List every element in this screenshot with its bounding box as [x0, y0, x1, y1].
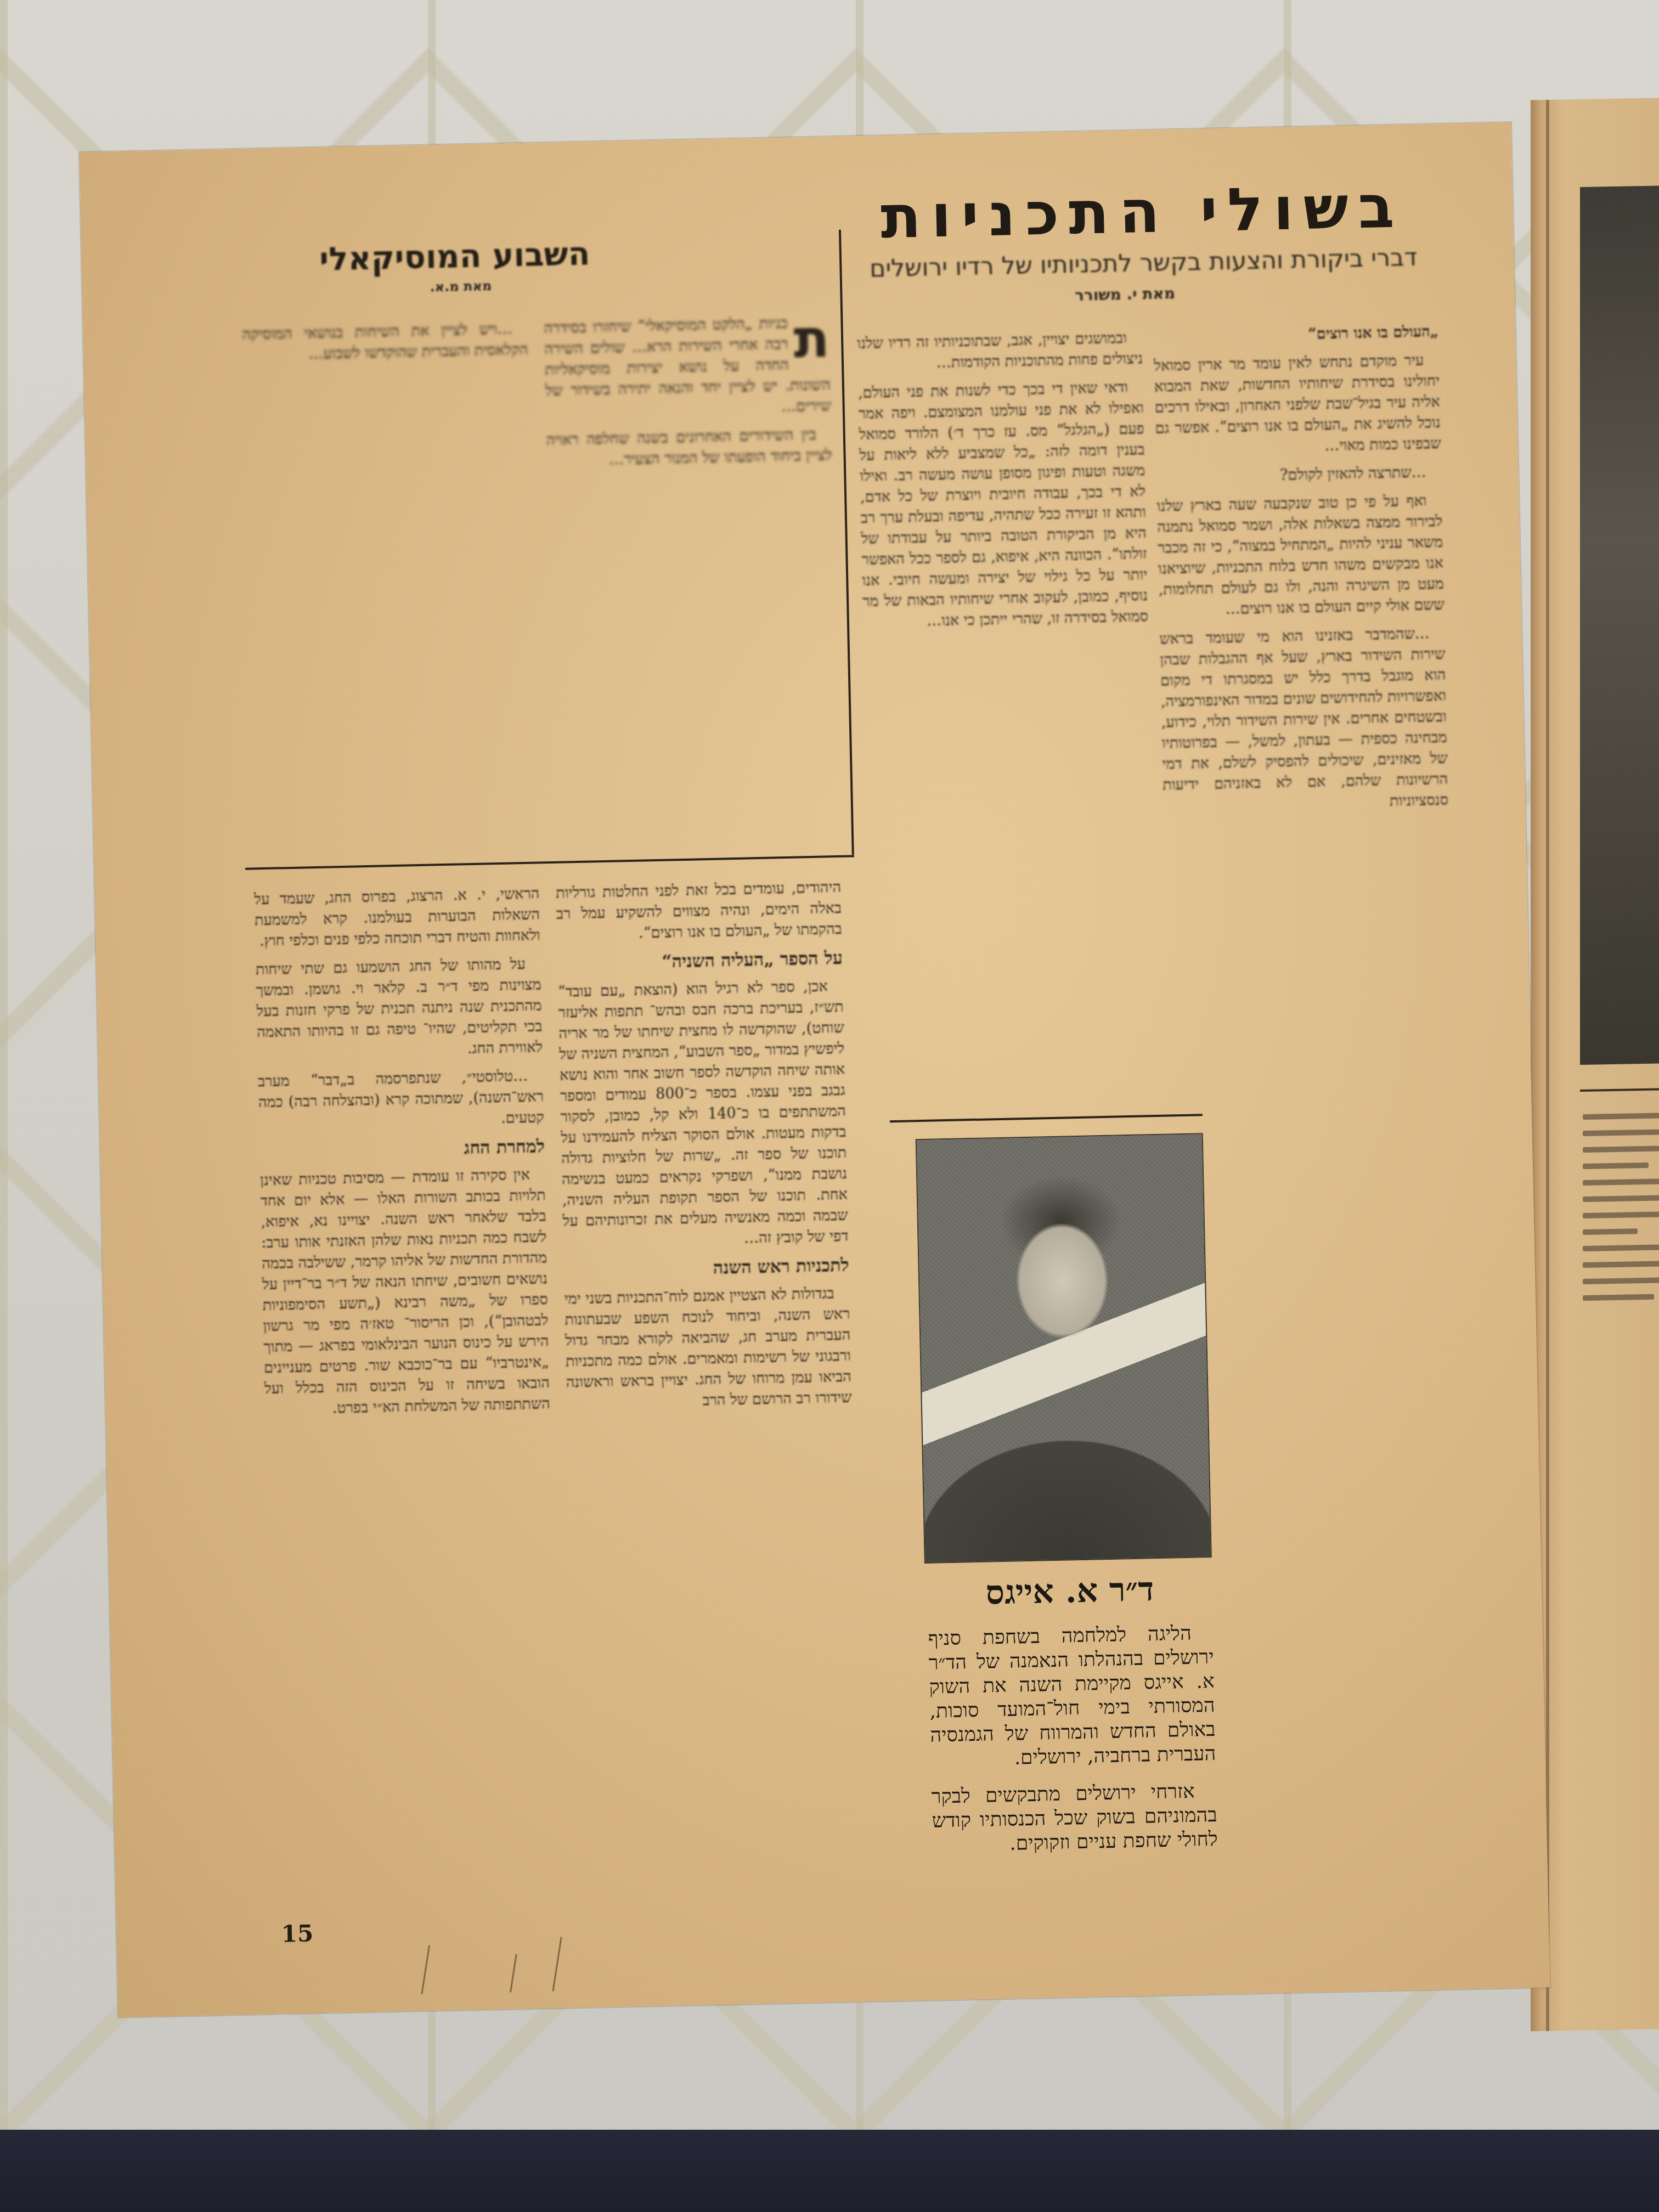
section-heading-aliya: על הספר „העליה השניה“	[557, 947, 843, 974]
section-divider	[245, 855, 854, 870]
page-number: 15	[281, 1920, 313, 1947]
page-fold	[1546, 100, 1549, 2031]
music-article-byline: מאת מ.א.	[406, 278, 516, 295]
photo-caption-text: הליגה למלחמה בשחפת סניף ירושלים בהנהלתו …	[928, 1621, 1218, 1871]
paragraph: …שתרצה להאזין לקולם?	[1156, 462, 1442, 489]
section-heading-rosh-hashana: לתכניות ראש השנה	[563, 1255, 849, 1282]
music-article-column-1: ת כניות „הלקט המוסיקאלי“ שיחזרו בסידרה ר…	[544, 312, 840, 845]
paragraph: בגדולות לא הצטיין אמנם לוח־התכניות בשני …	[564, 1283, 852, 1414]
photo-caption-name: ד״ר א. אייגס	[927, 1569, 1212, 1613]
main-article-byline: מאת י. משורר	[1042, 284, 1207, 305]
floor-background	[0, 2130, 1659, 2212]
section-heading-after-holiday: למחרת החג	[259, 1136, 545, 1163]
paragraph: הליגה למלחמה בשחפת סניף ירושלים בהנהלתו …	[928, 1621, 1216, 1772]
paragraph: ואף על פי כן טוב שנקבעה שעה בארץ שלנו לב…	[1156, 490, 1444, 622]
paragraph: „העולם בו אנו רוצים“	[1153, 321, 1439, 348]
divider	[1580, 1087, 1659, 1092]
paragraph: אין סקירה זו עומדת — מסיבות טכניות שאינן…	[260, 1164, 550, 1420]
photo-divider	[890, 1114, 1203, 1122]
music-article-title: השבוע המוסיקאלי	[262, 234, 647, 279]
paper-tear	[552, 1937, 562, 1991]
paragraph: …שהמדבר באזנינו הוא מי שעומד בראש שירות …	[1159, 623, 1448, 817]
adjacent-page-text	[1583, 1112, 1659, 1311]
column-divider	[839, 230, 854, 855]
magazine-page: בשולי התכניות דברי ביקורת והצעות בקשר לת…	[80, 122, 1550, 2017]
paragraph: הראשי, י. א. הרצוג, בפרוס החג, שעמד על ה…	[254, 883, 540, 952]
adjacent-page	[1531, 97, 1659, 2031]
paper-tear	[421, 1945, 430, 1994]
paragraph: אזרחי ירושלים מתבקשים לבקר בהמוניהם בשוק…	[931, 1779, 1218, 1858]
portrait-photo	[916, 1133, 1212, 1564]
lower-middle-column: היהודים, עומדים בכל זאת לפני החלטות גורל…	[556, 877, 863, 1942]
paragraph: כניות „הלקט המוסיקאלי“ שיחזרו בסידרה רבה…	[544, 312, 831, 422]
paragraph: בין השידורים האחרונים בשנה שחלפה ראויה ל…	[546, 424, 832, 472]
main-article-column-2: ובמושגים יצויין, אגב, שבתוכניותיו זה רדי…	[857, 328, 1159, 1113]
paragraph: …טלוסטי״, שנתפרסמה ב„דבר“ מערב ראש־השנה)…	[258, 1065, 544, 1134]
paper-tear	[510, 1954, 517, 1993]
drop-cap: ת	[793, 314, 830, 363]
paragraph: היהודים, עומדים בכל זאת לפני החלטות גורל…	[556, 877, 842, 946]
lower-left-column: הראשי, י. א. הרצוג, בפרוס החג, שעמד על ה…	[254, 883, 561, 1948]
paragraph: על מהותו של החג הושמעו גם שתי שיחות מצוי…	[256, 953, 543, 1064]
paragraph: עיר מוקדם נתחש לאין עומד מר ארין סמואל י…	[1154, 350, 1441, 460]
paragraph: …ויש לציין את השיחות בנושאי המוסיקה הקלא…	[242, 319, 528, 366]
main-article-title: בשולי התכניות	[854, 173, 1431, 251]
paragraph: ובמושגים יצויין, אגב, שבתוכניותיו זה רדי…	[857, 328, 1143, 375]
paragraph: אכן, ספר לא רגיל הוא (הוצאת „עם עובד“ תש…	[558, 976, 849, 1253]
adjacent-page-photo	[1580, 185, 1659, 1065]
music-article-column-2: …ויש לציין את השיחות בנושאי המוסיקה הקלא…	[242, 319, 538, 851]
paragraph: ודאי שאין די בכך כדי לשנות את פני העולם,…	[858, 377, 1148, 633]
